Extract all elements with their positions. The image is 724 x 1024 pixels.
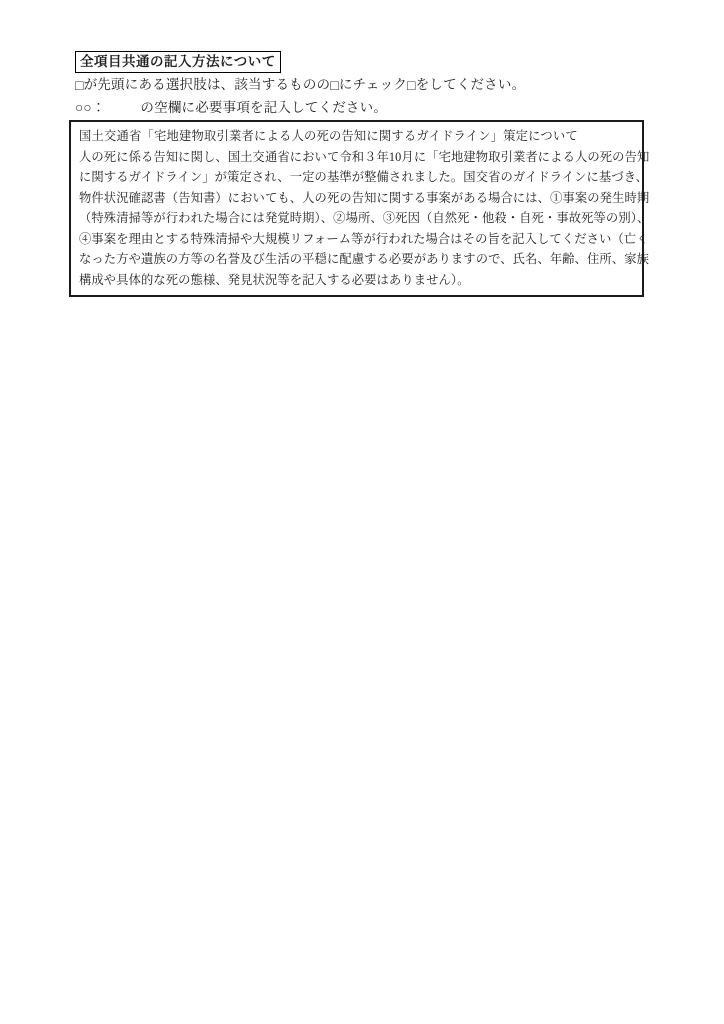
guideline-body-line: に関するガイドライン」が策定され、一定の基準が整備されました。国交省のガイドライ… [79, 167, 634, 188]
checkbox-icon: □ [407, 80, 416, 94]
guideline-body-line: なった方や遺族の方等の名誉及び生活の平穏に配慮する必要がありますので、氏名、年齢… [79, 249, 634, 270]
section-title: 全項目共通の記入方法について [80, 54, 276, 69]
checkbox-icon: □ [330, 80, 339, 94]
blank-field-prefix: ○○： [75, 100, 105, 115]
guideline-body-line: 物件状況確認書（告知書）においても、人の死の告知に関する事案がある場合には、①事… [79, 188, 634, 209]
instruction-segment: にチェック [339, 77, 407, 92]
guideline-body-line: ④事案を理由とする特殊清掃や大規模リフォーム等が行われた場合はその旨を記入してく… [79, 229, 634, 250]
form-instruction-page: 全項目共通の記入方法について □が先頭にある選択肢は、該当するものの□にチェック… [0, 0, 724, 1024]
guideline-notice-box: 国土交通省「宅地建物取引業者による人の死の告知に関するガイドライン」策定について… [69, 120, 644, 297]
section-title-box: 全項目共通の記入方法について [75, 51, 281, 73]
guideline-body-line: 人の死に係る告知に関し、国土交通省において令和３年10月に「宅地建物取引業者によ… [79, 147, 634, 168]
guideline-body-line: 構成や具体的な死の態様、発見状況等を記入する必要はありません）。 [79, 270, 634, 291]
instruction-segment: が先頭にある選択肢は、該当するものの [84, 77, 331, 92]
checkbox-icon: □ [75, 80, 84, 94]
instruction-segment: をしてください。 [416, 77, 526, 92]
blank-field-suffix: の空欄に必要事項を記入してください。 [140, 100, 387, 115]
blank-field-instruction-line: ○○：の空欄に必要事項を記入してください。 [75, 99, 387, 117]
guideline-body-line: （特殊清掃等が行われた場合には発覚時期）、②場所、③死因（自然死・他殺・自死・事… [79, 208, 634, 229]
checkbox-instruction-line: □が先頭にある選択肢は、該当するものの□にチェック□をしてください。 [75, 76, 525, 94]
guideline-heading: 国土交通省「宅地建物取引業者による人の死の告知に関するガイドライン」策定について [79, 126, 634, 147]
